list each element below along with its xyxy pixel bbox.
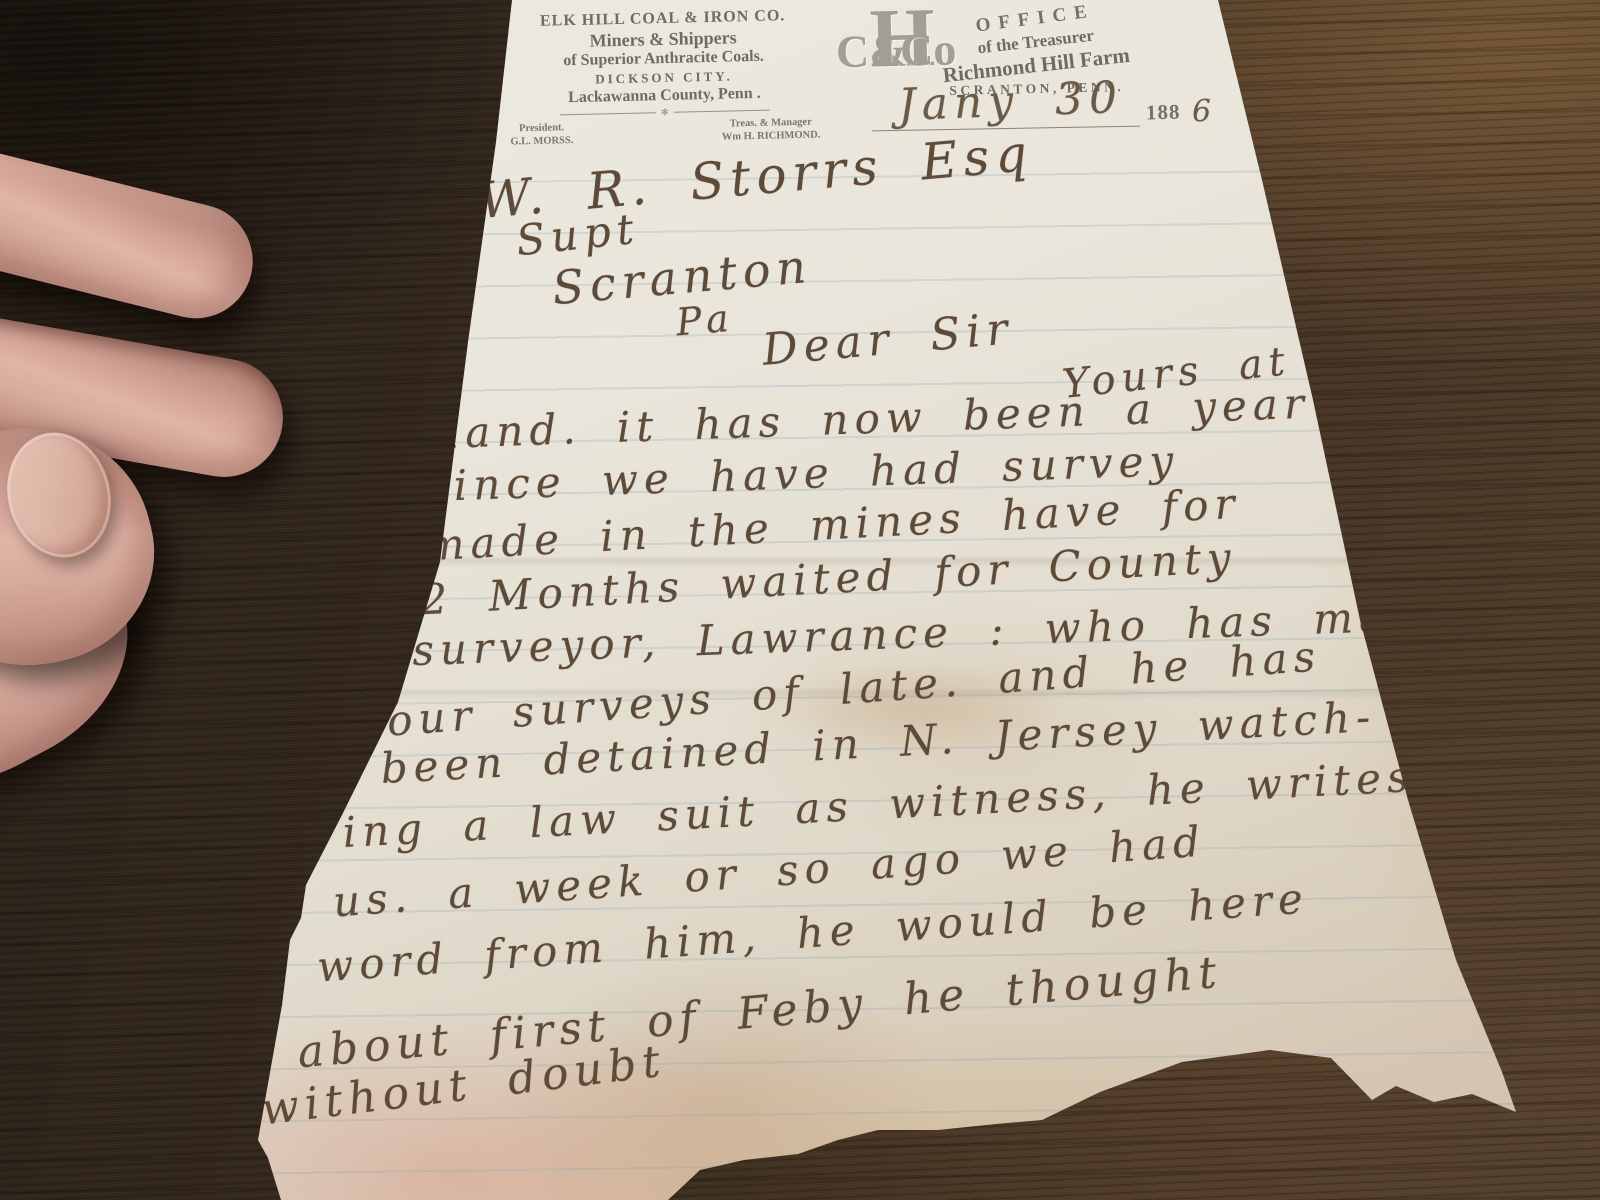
officer-treasurer: Treas. & Manager Wm H. RICHMOND.: [721, 115, 820, 143]
handwritten-date: Jany 30: [897, 72, 1124, 131]
divider-ornament-icon: ✻: [661, 108, 669, 117]
handwritten-year-digit: 6: [1191, 94, 1217, 130]
officers-row: President. G.L. MORSS. Treas. & Manager …: [504, 115, 827, 149]
officer-president: President. G.L. MORSS.: [510, 121, 574, 149]
photo-of-letter-on-table: ELK HILL COAL & IRON CO. Miners & Shippe…: [0, 0, 1600, 1200]
letterhead-left-block: ELK HILL COAL & IRON CO. Miners & Shippe…: [502, 6, 827, 149]
salutation: Dear Sir: [760, 303, 1015, 376]
index-finger: [0, 130, 265, 331]
printed-year-prefix: 188: [1146, 100, 1181, 126]
recipient-state: Pa: [674, 296, 736, 345]
